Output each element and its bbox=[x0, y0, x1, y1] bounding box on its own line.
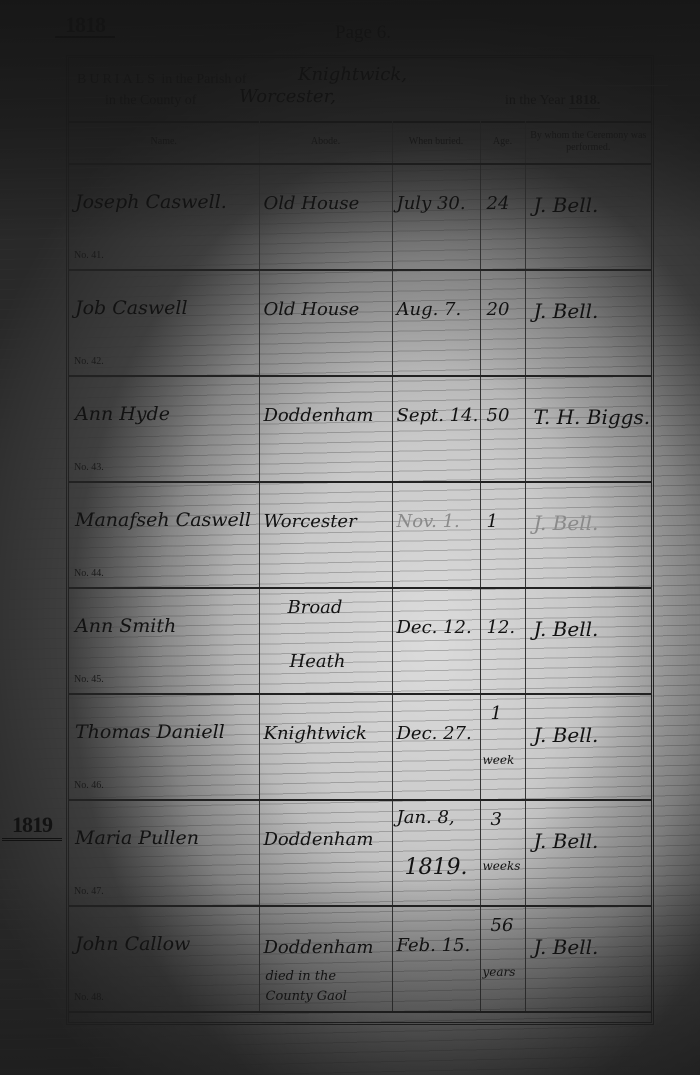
officiant-name: J. Bell. bbox=[534, 193, 599, 217]
cell-abode: Old House bbox=[259, 164, 392, 270]
cell-abode: Old House bbox=[259, 270, 392, 376]
cell-officiant: J. Bell. bbox=[525, 906, 651, 1012]
cell-name: Job CaswellNo. 42. bbox=[69, 270, 259, 376]
column-header-name: Name. bbox=[69, 121, 259, 164]
cell-age: 1week bbox=[480, 694, 525, 800]
cell-officiant: J. Bell. bbox=[525, 270, 651, 376]
deceased-name: John Callow bbox=[75, 933, 190, 955]
cell-age: 1 bbox=[480, 482, 525, 588]
abode: Knightwick bbox=[264, 723, 367, 744]
age-value: 3 bbox=[491, 809, 502, 830]
year-line: in the Year 1818. bbox=[505, 93, 600, 109]
cell-age: 20 bbox=[480, 270, 525, 376]
age-value: 1 bbox=[487, 511, 498, 532]
cell-name: Maria PullenNo. 47. bbox=[69, 800, 259, 906]
register-header: BURIALS in the Parish of Knightwick, in … bbox=[69, 58, 651, 123]
cell-abode: Knightwick bbox=[259, 694, 392, 800]
column-header-officiant: By whom the Ceremony was performed. bbox=[525, 121, 651, 164]
cell-when-buried: Dec. 12. bbox=[392, 588, 480, 694]
abode: Doddenham bbox=[264, 405, 374, 426]
officiant-name: J. Bell. bbox=[534, 511, 599, 535]
entry-number: No. 45. bbox=[74, 674, 104, 685]
deceased-name: Thomas Daniell bbox=[75, 721, 225, 743]
corner-year-stamp: 1818 bbox=[55, 12, 115, 38]
table-row: Job CaswellNo. 42.Old HouseAug. 7.20J. B… bbox=[69, 270, 651, 376]
entry-number: No. 48. bbox=[74, 992, 104, 1003]
burial-register: BURIALS in the Parish of Knightwick, in … bbox=[66, 55, 654, 1025]
cell-name: Joseph Caswell.No. 41. bbox=[69, 164, 259, 270]
cell-abode: Worcester bbox=[259, 482, 392, 588]
cell-abode: Doddenham bbox=[259, 800, 392, 906]
table-row: Thomas DaniellNo. 46.KnightwickDec. 27.1… bbox=[69, 694, 651, 800]
abode-note: died in the County Gaol bbox=[266, 967, 386, 1007]
cell-when-buried: July 30. bbox=[392, 164, 480, 270]
burial-date: Nov. 1. bbox=[397, 511, 460, 532]
column-header-abode: Abode. bbox=[259, 121, 392, 164]
cell-abode: Doddenham bbox=[259, 376, 392, 482]
officiant-name: J. Bell. bbox=[534, 617, 599, 641]
year-label: in the Year bbox=[505, 93, 565, 108]
burial-year: 1819. bbox=[405, 855, 468, 880]
cell-when-buried: Aug. 7. bbox=[392, 270, 480, 376]
entry-number: No. 43. bbox=[74, 462, 104, 473]
officiant-name: J. Bell. bbox=[534, 299, 599, 323]
cell-age: 56years bbox=[480, 906, 525, 1012]
burial-date: July 30. bbox=[397, 193, 466, 214]
deceased-name: Job Caswell bbox=[75, 297, 188, 319]
burials-heading: BURIALS bbox=[77, 72, 158, 87]
column-header-when-buried: When buried. bbox=[392, 121, 480, 164]
age-value: 12. bbox=[487, 617, 516, 638]
parish-line: BURIALS in the Parish of bbox=[77, 72, 247, 88]
abode: Worcester bbox=[264, 511, 357, 532]
age-unit: weeks bbox=[483, 859, 521, 873]
entry-number: No. 44. bbox=[74, 568, 104, 579]
parish-value: Knightwick, bbox=[294, 64, 668, 86]
county-label: in the County of bbox=[105, 93, 196, 109]
cell-abode: BroadHeath bbox=[259, 588, 392, 694]
column-header-age: Age. bbox=[480, 121, 525, 164]
age-value: 24 bbox=[487, 193, 510, 214]
burial-date: Aug. 7. bbox=[397, 299, 462, 320]
cell-age: 50 bbox=[480, 376, 525, 482]
cell-officiant: T. H. Biggs. bbox=[525, 376, 651, 482]
deceased-name: Manafseh Caswell bbox=[75, 509, 251, 531]
cell-name: Ann HydeNo. 43. bbox=[69, 376, 259, 482]
abode: Old House bbox=[264, 193, 360, 214]
deceased-name: Ann Hyde bbox=[75, 403, 170, 425]
cell-name: Manafseh CaswellNo. 44. bbox=[69, 482, 259, 588]
age-unit: week bbox=[483, 753, 515, 767]
cell-officiant: J. Bell. bbox=[525, 482, 651, 588]
deceased-name: Joseph Caswell. bbox=[75, 191, 227, 213]
burial-date: Jan. 8, bbox=[397, 807, 455, 828]
cell-when-buried: Jan. 8,1819. bbox=[392, 800, 480, 906]
abode: Old House bbox=[264, 299, 360, 320]
burial-date: Dec. 12. bbox=[397, 617, 472, 638]
abode-continued: Heath bbox=[290, 651, 346, 672]
burial-date: Sept. 14. bbox=[397, 405, 479, 426]
cell-when-buried: Feb. 15. bbox=[392, 906, 480, 1012]
age-value: 56 bbox=[491, 915, 514, 936]
parish-label: in the Parish of bbox=[161, 72, 246, 87]
cell-name: Thomas DaniellNo. 46. bbox=[69, 694, 259, 800]
cell-age: 12. bbox=[480, 588, 525, 694]
year-value: 1818. bbox=[569, 93, 601, 109]
cell-age: 3weeks bbox=[480, 800, 525, 906]
officiant-name: J. Bell. bbox=[534, 829, 599, 853]
age-value: 50 bbox=[487, 405, 510, 426]
age-value: 1 bbox=[491, 703, 502, 724]
age-unit: years bbox=[483, 965, 516, 979]
table-row: Ann HydeNo. 43.DoddenhamSept. 14.50T. H.… bbox=[69, 376, 651, 482]
cell-age: 24 bbox=[480, 164, 525, 270]
entry-number: No. 46. bbox=[74, 780, 104, 791]
cell-abode: Doddenhamdied in the County Gaol bbox=[259, 906, 392, 1012]
cell-name: Ann SmithNo. 45. bbox=[69, 588, 259, 694]
officiant-name: T. H. Biggs. bbox=[534, 405, 651, 429]
burials-table: Name. Abode. When buried. Age. By whom t… bbox=[69, 121, 651, 1013]
officiant-name: J. Bell. bbox=[534, 935, 599, 959]
cell-name: John CallowNo. 48. bbox=[69, 906, 259, 1012]
age-value: 20 bbox=[487, 299, 510, 320]
abode: Doddenham bbox=[264, 937, 374, 958]
deceased-name: Ann Smith bbox=[75, 615, 176, 637]
column-header-row: Name. Abode. When buried. Age. By whom t… bbox=[69, 121, 651, 164]
table-row: Manafseh CaswellNo. 44.WorcesterNov. 1.1… bbox=[69, 482, 651, 588]
cell-officiant: J. Bell. bbox=[525, 164, 651, 270]
cell-officiant: J. Bell. bbox=[525, 800, 651, 906]
cell-when-buried: Sept. 14. bbox=[392, 376, 480, 482]
table-row: Ann SmithNo. 45.BroadHeathDec. 12.12.J. … bbox=[69, 588, 651, 694]
entry-number: No. 47. bbox=[74, 886, 104, 897]
cell-when-buried: Nov. 1. bbox=[392, 482, 480, 588]
county-value: Worcester, bbox=[235, 86, 509, 108]
abode: Doddenham bbox=[264, 829, 374, 850]
page-number: Page 6. bbox=[318, 22, 408, 44]
officiant-name: J. Bell. bbox=[534, 723, 599, 747]
margin-year-marker: 1819 bbox=[2, 812, 62, 841]
table-row: John CallowNo. 48.Doddenhamdied in the C… bbox=[69, 906, 651, 1012]
abode: Broad bbox=[288, 597, 343, 618]
cell-officiant: J. Bell. bbox=[525, 694, 651, 800]
table-row: Joseph Caswell.No. 41.Old HouseJuly 30.2… bbox=[69, 164, 651, 270]
table-row: Maria PullenNo. 47.DoddenhamJan. 8,1819.… bbox=[69, 800, 651, 906]
cell-officiant: J. Bell. bbox=[525, 588, 651, 694]
deceased-name: Maria Pullen bbox=[75, 827, 199, 849]
burial-date: Dec. 27. bbox=[397, 723, 472, 744]
entry-number: No. 42. bbox=[74, 356, 104, 367]
entry-number: No. 41. bbox=[74, 250, 104, 261]
cell-when-buried: Dec. 27. bbox=[392, 694, 480, 800]
burial-date: Feb. 15. bbox=[397, 935, 471, 956]
